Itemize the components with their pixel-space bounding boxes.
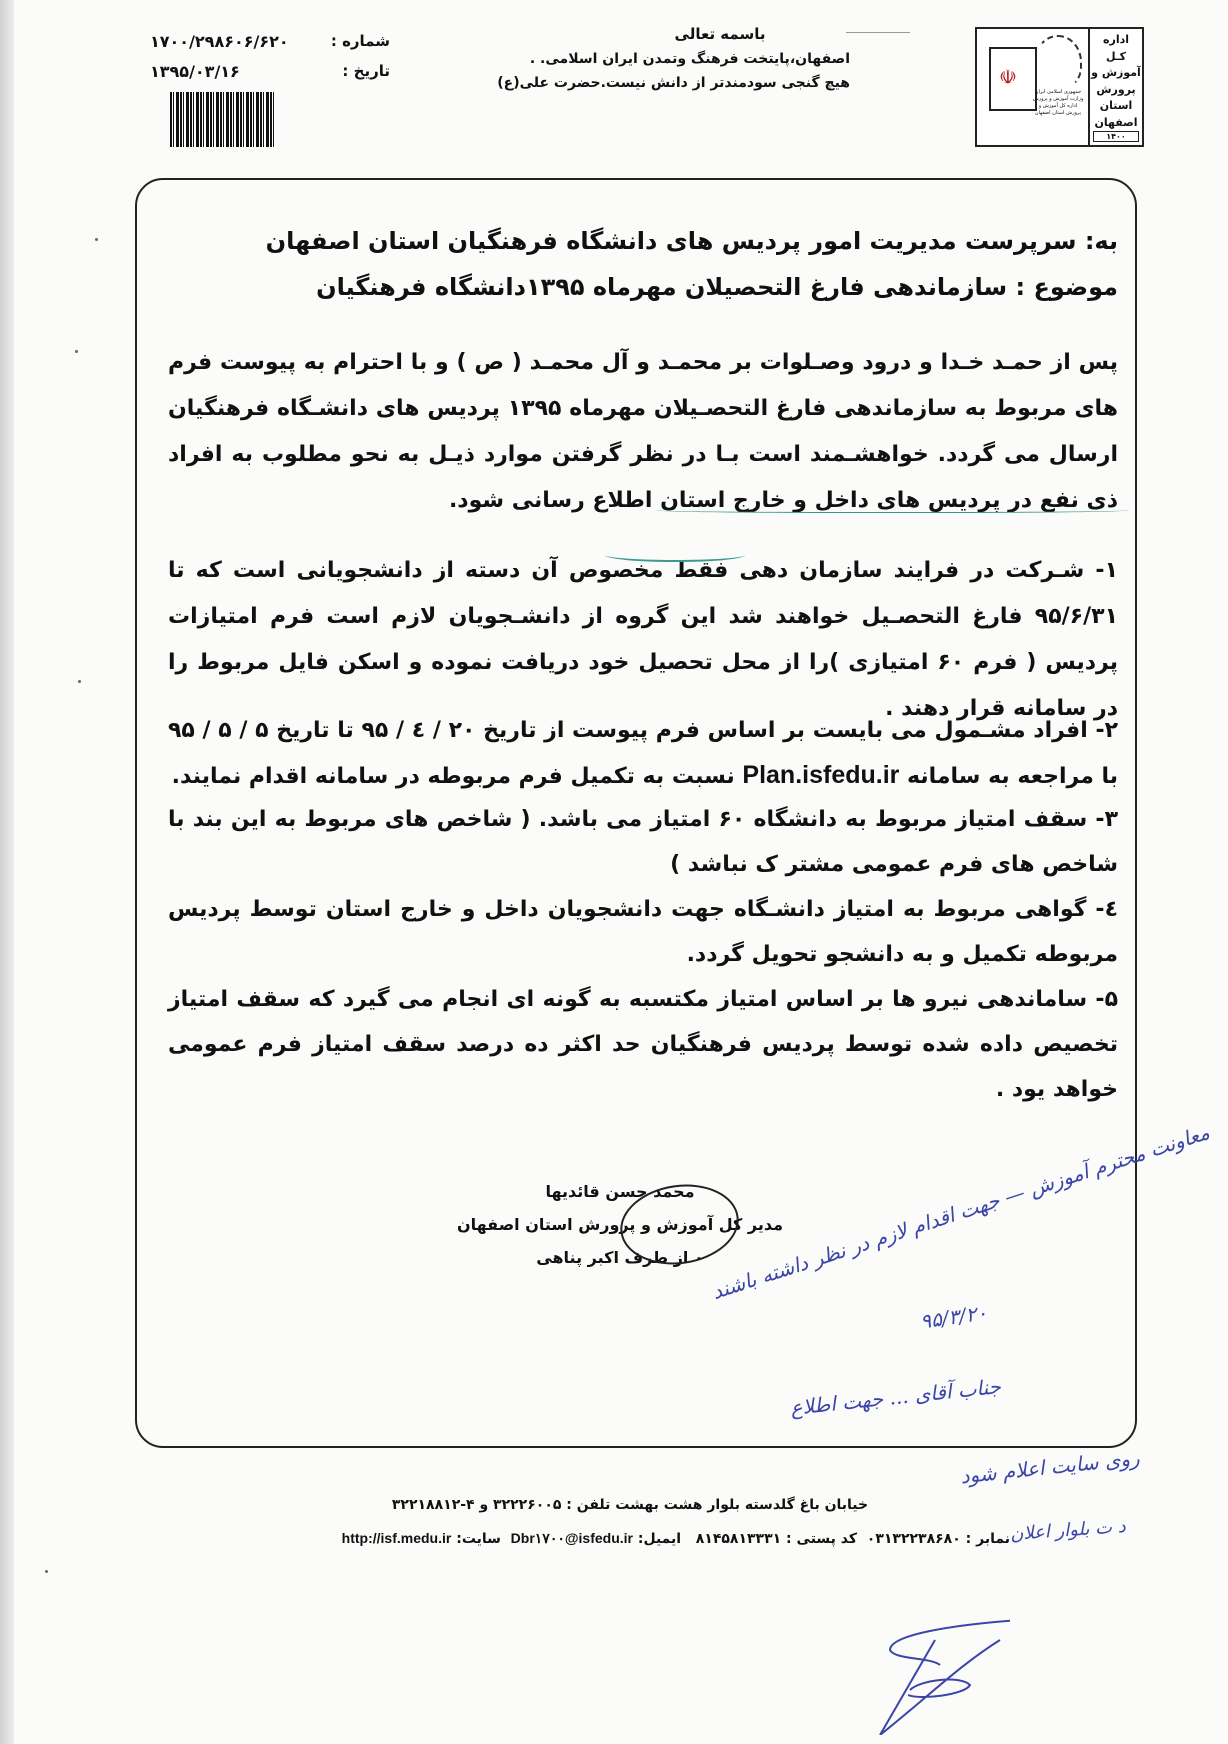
item-4: ٤- گواهی مربوط به امتیاز دانشـگاه جهت دا…: [168, 887, 1118, 977]
letter-meta: شماره : ۱۷۰۰/۲۹۸۶۰۶/۶۲۰ تاریخ : ۱۳۹۵/۰۳/…: [150, 26, 390, 86]
letter-date-value: ۱۳۹۵/۰۳/۱۶: [150, 62, 240, 81]
recipient: به: سرپرست مدیریت امور پردیس های دانشگاه…: [168, 218, 1118, 264]
logo-small-text: جمهوری اسلامی ایران وزارت آموزش و پرورش …: [1032, 89, 1084, 117]
intro-paragraph: پس از حمـد خـدا و درود وصـلوات بر محمـد …: [168, 340, 1118, 524]
footer-fax: نمابر : ۰۳۱۳۲۲۳۸۶۸۰: [867, 1531, 1010, 1547]
logo-year: ۱۴۰۰: [1093, 131, 1139, 142]
scan-edge: [0, 0, 14, 1744]
item-1: ۱- شـرکت در فرایند سازمان دهی فقط مخصوص …: [168, 548, 1118, 732]
letter-date-row: تاریخ : ۱۳۹۵/۰۳/۱۶: [150, 56, 390, 86]
scan-speck: [95, 238, 98, 241]
logo-line: استان: [1100, 98, 1133, 113]
letter-number-row: شماره : ۱۷۰۰/۲۹۸۶۰۶/۶۲۰: [150, 26, 390, 56]
scan-speck: [78, 680, 81, 683]
scan-speck: [75, 350, 78, 353]
system-link[interactable]: Plan.isfedu.ir: [742, 761, 899, 789]
pen-underline: [655, 506, 1130, 513]
handwritten-note-3: روی سایت اعلام شود: [959, 1446, 1140, 1489]
footer-postal: کد پستی : ۸۱۴۵۸۱۳۳۳۱: [696, 1531, 857, 1547]
letter-date-label: تاریخ :: [342, 62, 390, 80]
logo-line: پرورش: [1096, 82, 1135, 97]
header-center: باسمه تعالی اصفهان،پایتخت فرهنگ وتمدن ای…: [590, 25, 850, 91]
item-2: ۲- افراد مشـمول می بایست بر اساس فرم پیو…: [168, 708, 1118, 799]
item-2-text-after: نسبت به تکمیل فرم مربوطه در سامانه اقدام…: [172, 764, 743, 789]
pen-underline: [605, 548, 745, 562]
ministry-logo: ☫ جمهوری اسلامی ایران وزارت آموزش و پرور…: [975, 27, 1144, 147]
item-3: ۳- سقف امتیاز مربوط به دانشگاه ۶۰ امتیاز…: [168, 797, 1118, 887]
barcode: [170, 92, 275, 147]
logo-line: اصفهان: [1094, 115, 1137, 130]
item-5: ۵- ساماندهی نیرو ها بر اساس امتیاز مکتسب…: [168, 977, 1118, 1112]
motto-line-2: هیچ گنجی سودمندتر از دانش نیست.حضرت علی(…: [590, 75, 850, 91]
logo-org-name: اداره کـل آموزش و پرورش استان اصفهان ۱۴۰…: [1088, 29, 1142, 145]
letter-heading: به: سرپرست مدیریت امور پردیس های دانشگاه…: [168, 218, 1118, 310]
handwritten-signature: [850, 1615, 1010, 1735]
motto-line-1: اصفهان،پایتخت فرهنگ وتمدن ایران اسلامی. …: [590, 51, 850, 67]
logo-emblem-area: ☫ جمهوری اسلامی ایران وزارت آموزش و پرور…: [977, 29, 1088, 145]
signer-on-behalf: ۰ از طرف اکبر پناهی: [455, 1241, 785, 1274]
letter-number-value: ۱۷۰۰/۲۹۸۶۰۶/۶۲۰: [150, 32, 289, 51]
logo-line: اداره: [1103, 32, 1129, 47]
footer-email-label: ایمیل:: [638, 1531, 681, 1547]
footer-email[interactable]: Dbr۱۷۰۰@isfedu.ir: [511, 1530, 633, 1546]
signer-name: محمد حسن قائدیها: [455, 1175, 785, 1208]
iran-emblem-icon: ☫: [999, 65, 1017, 89]
letter-number-label: شماره :: [331, 32, 390, 50]
logo-line: کـل: [1106, 49, 1126, 64]
footer-address: خیابان باغ گلدسته بلوار هشت بهشت تلفن : …: [250, 1497, 1010, 1513]
laurel-icon: [1034, 35, 1082, 89]
footer-site[interactable]: http://isf.medu.ir: [342, 1530, 452, 1546]
subject: موضوع : سازماندهی فارغ التحصیلان مهرماه …: [168, 264, 1118, 310]
handwritten-note-4: د ت بلوار اعلان: [1009, 1516, 1126, 1545]
footer-contact: نمابر : ۰۳۱۳۲۲۳۸۶۸۰ کد پستی : ۸۱۴۵۸۱۳۳۳۱…: [250, 1530, 1010, 1547]
footer-site-label: سایت:: [456, 1531, 501, 1547]
items-3-5: ۳- سقف امتیاز مربوط به دانشگاه ۶۰ امتیاز…: [168, 797, 1118, 1112]
scan-mark: [846, 32, 910, 39]
bismillah: باسمه تعالی: [590, 25, 850, 43]
scan-speck: [45, 1570, 48, 1573]
logo-line: آموزش و: [1091, 65, 1141, 80]
